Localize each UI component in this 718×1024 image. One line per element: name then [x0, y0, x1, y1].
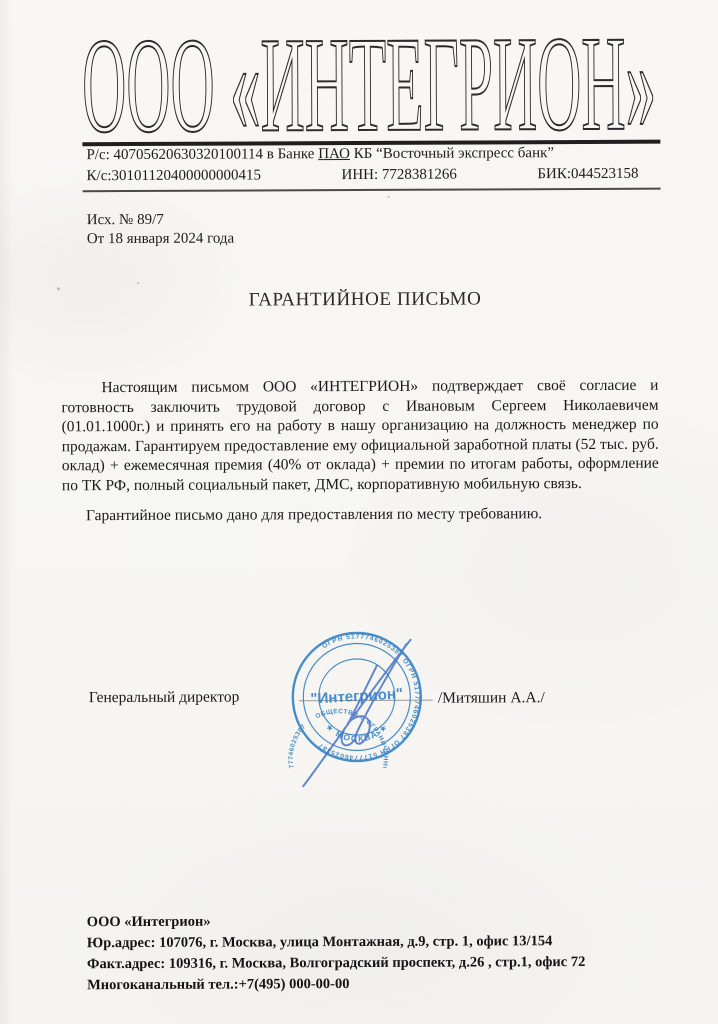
scan-speck [388, 196, 390, 198]
outgoing-number: Исх. № 89/7 [87, 211, 234, 231]
letter-title: ГАРАНТИЙНОЕ ПИСЬМО [0, 287, 717, 312]
settlement-account: Р/с: 40705620630320100114 в Банке [86, 146, 318, 163]
signature-stroke-flourish [342, 728, 355, 745]
inn-value: ИНН: 7728381266 [341, 167, 456, 185]
signer-position: Генеральный директор [89, 689, 240, 708]
body-paragraph-2: Гарантийное письмо дано для предоставлен… [62, 505, 659, 526]
header-rule-thin [83, 188, 661, 193]
company-logo-svg: ООО «ИНТЕГРИОН» [82, 32, 660, 141]
footer-phone: Многоканальный тел.:+7(495) 000-00-00 [87, 973, 585, 996]
signer-name: /Митяшин А.А./ [438, 689, 545, 707]
scan-speck [137, 282, 139, 284]
signature-stroke-loop [348, 644, 407, 744]
company-logo: ООО «ИНТЕГРИОН» [82, 32, 660, 141]
correspondent-account: К/с:30101120400000000415 [86, 167, 261, 185]
bik-value: БИК:044523158 [537, 166, 638, 183]
scan-speck [57, 287, 60, 290]
letter-date: От 18 января 2024 года [87, 230, 234, 250]
handwritten-signature [286, 612, 437, 795]
signature-svg [286, 612, 437, 795]
bank-name: КБ “Восточный экспресс банк” [350, 145, 554, 162]
footer-legal-address: Юр.адрес: 107076, г. Москва, улица Монта… [87, 931, 585, 954]
scanned-page: ООО «ИНТЕГРИОН» Р/с: 4070562063032010011… [0, 0, 718, 1024]
footer-company: ООО «Интегрион» [87, 910, 585, 933]
requisites-line-2: К/с:30101120400000000415 ИНН: 7728381266… [86, 166, 638, 185]
letter-content: ООО «ИНТЕГРИОН» Р/с: 4070562063032010011… [0, 0, 718, 1024]
body-paragraph-1: Настоящим письмом ООО «ИНТЕГРИОН» подтве… [61, 376, 659, 496]
footer-block: ООО «Интегрион» Юр.адрес: 107076, г. Мос… [87, 910, 586, 996]
company-logo-text: ООО «ИНТЕГРИОН» [82, 32, 657, 141]
bank-org-type: ПАО [318, 146, 350, 162]
reference-block: Исх. № 89/7 От 18 января 2024 года [87, 211, 235, 250]
requisites-line-1: Р/с: 40705620630320100114 в Банке ПАО КБ… [86, 145, 554, 164]
footer-actual-address: Факт.адрес: 109316, г. Москва, Волгоград… [87, 952, 585, 975]
